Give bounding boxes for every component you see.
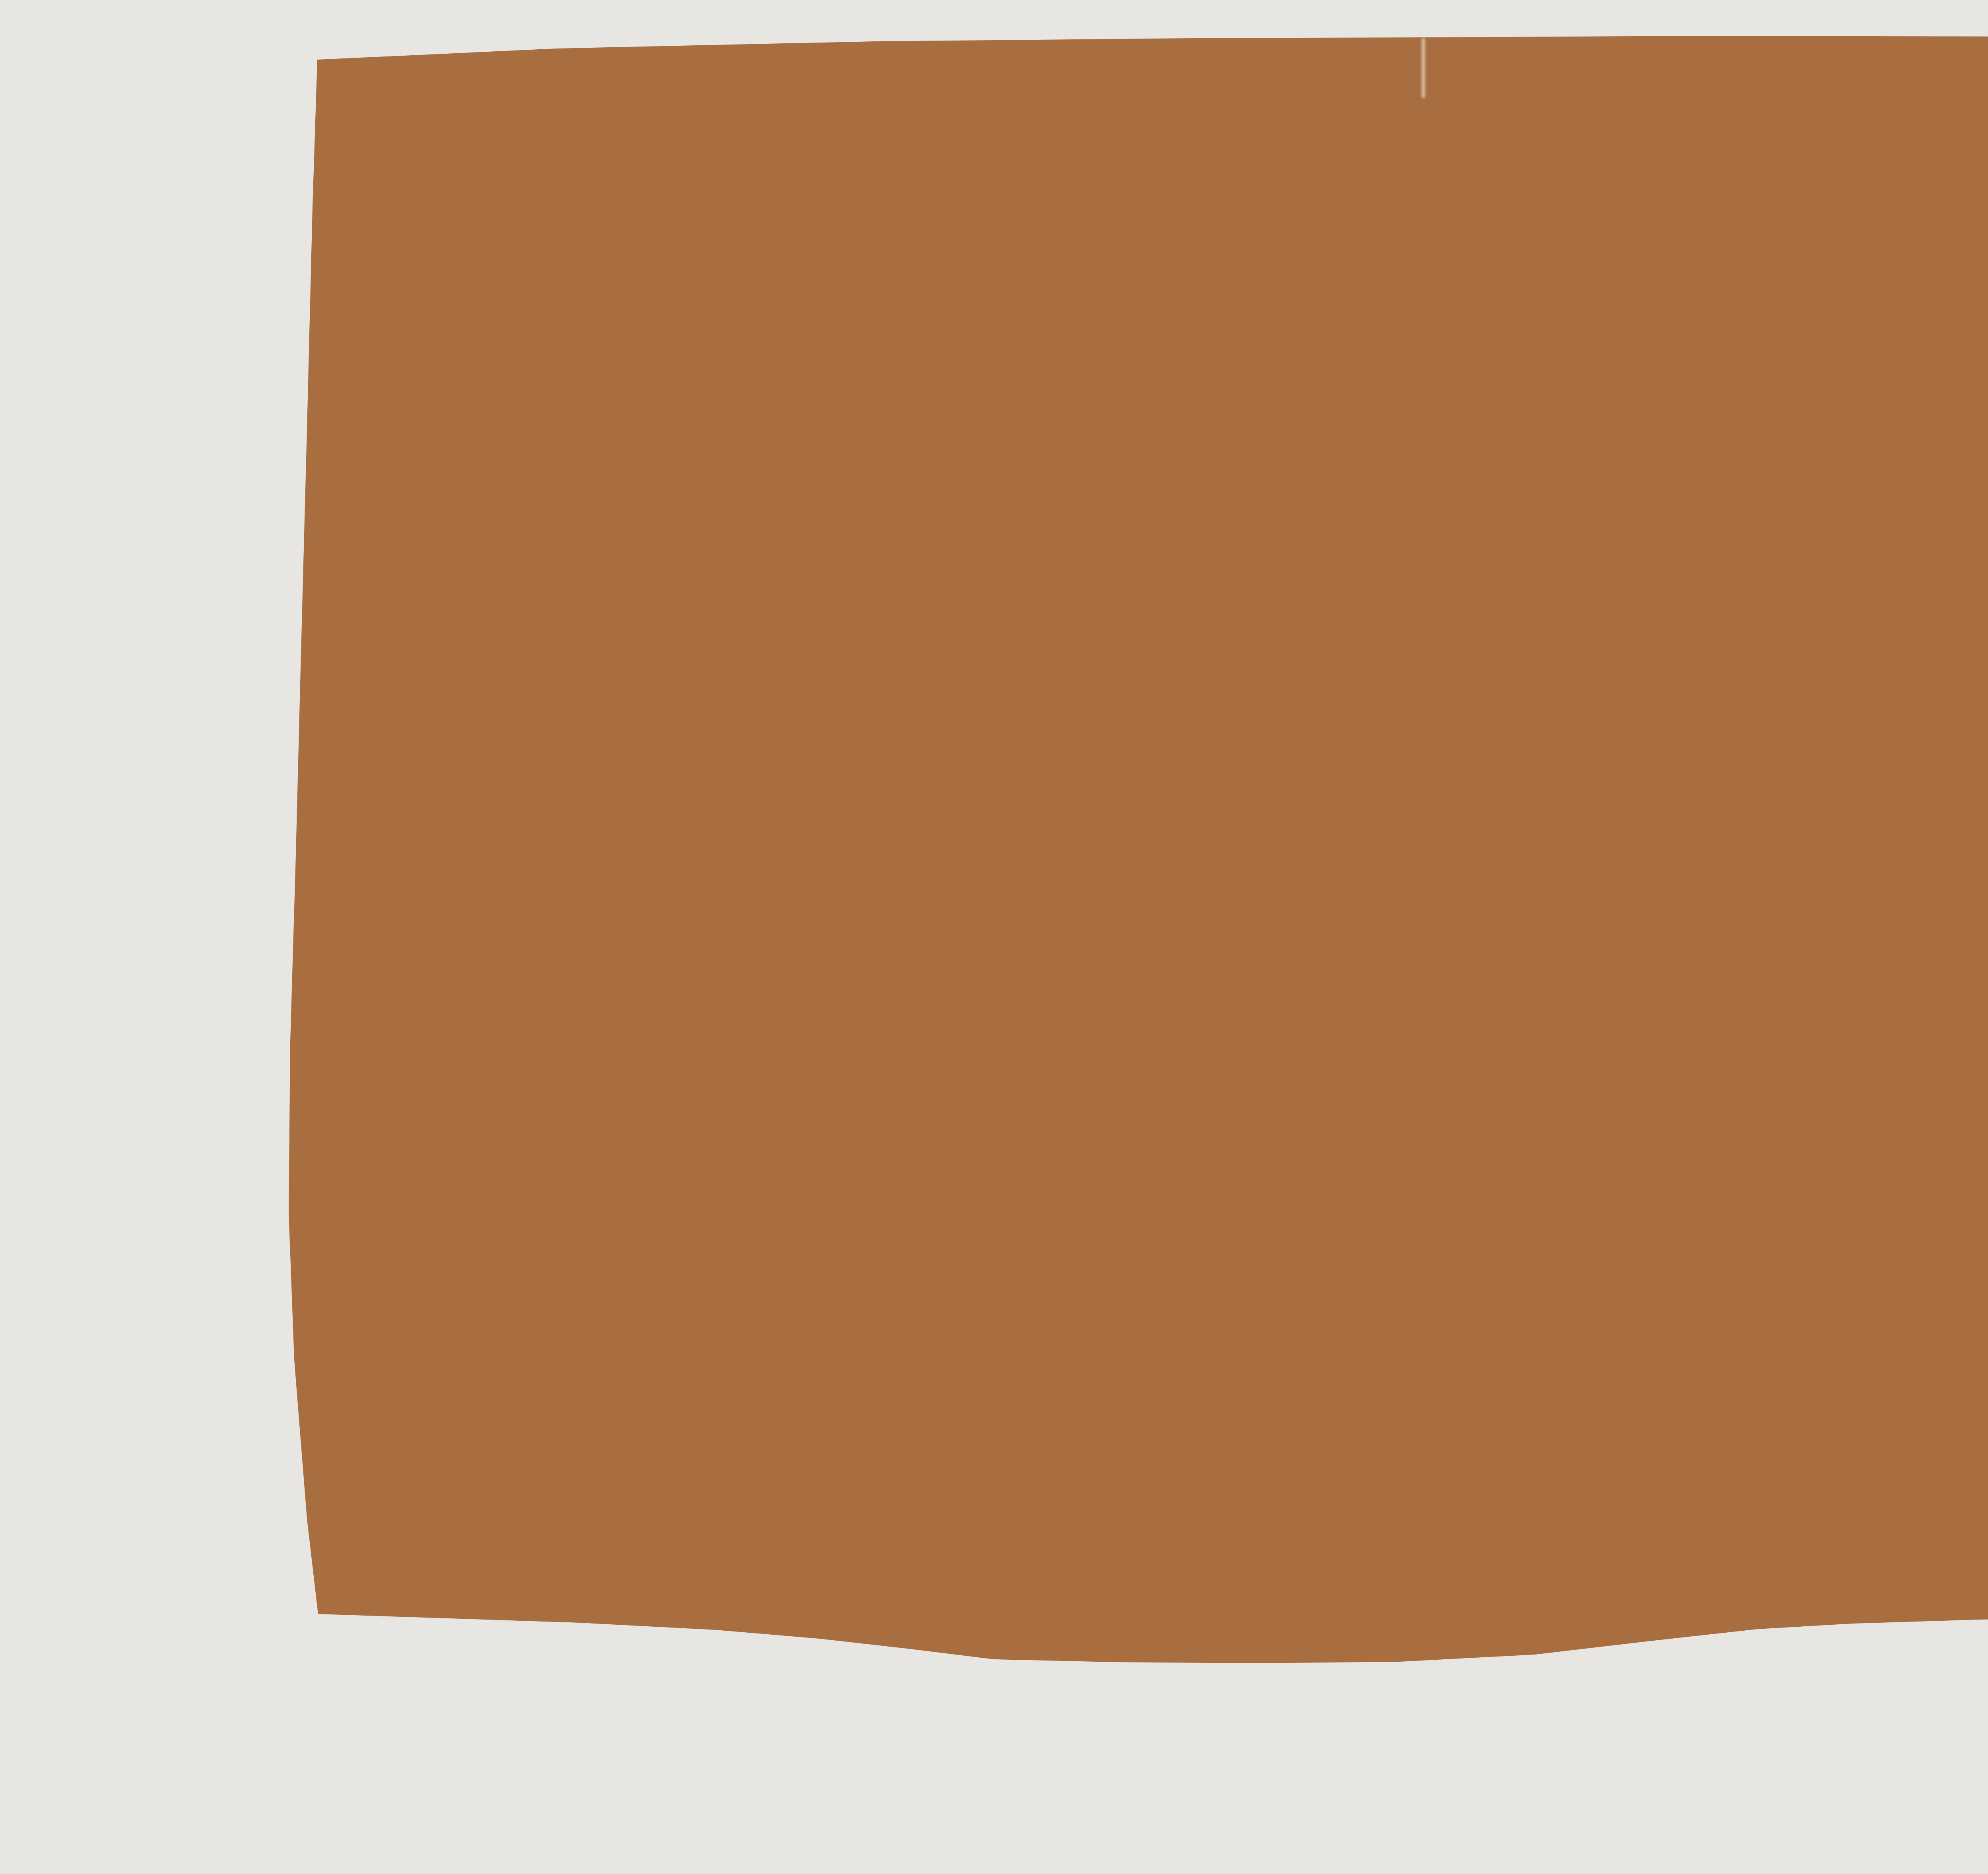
crease-streak-up xyxy=(1781,665,1788,800)
manuscript-photo xyxy=(0,0,1988,1874)
ink-fleck xyxy=(1211,1038,1232,1058)
photograph-scene: mm cm 1234567891011121314151617181920 mm… xyxy=(0,0,1988,1874)
ink-fleck xyxy=(1158,137,1164,143)
worn-spot xyxy=(862,816,900,830)
crease-streak-down xyxy=(1781,819,1787,922)
ink-mark-bar xyxy=(1275,442,1486,444)
ink-fleck xyxy=(892,1335,899,1341)
worn-spot xyxy=(797,812,861,832)
pinhole xyxy=(500,256,509,265)
worn-spot xyxy=(668,814,728,833)
laid-lines-highlight xyxy=(278,24,1988,1686)
edge-nick xyxy=(1422,38,1425,98)
red-ink-spot xyxy=(843,734,872,756)
worn-spot xyxy=(749,812,792,828)
worn-spot xyxy=(617,805,665,826)
ink-fleck xyxy=(359,1372,367,1380)
ink-fleck xyxy=(649,706,656,714)
parchment-document xyxy=(207,0,1988,1749)
